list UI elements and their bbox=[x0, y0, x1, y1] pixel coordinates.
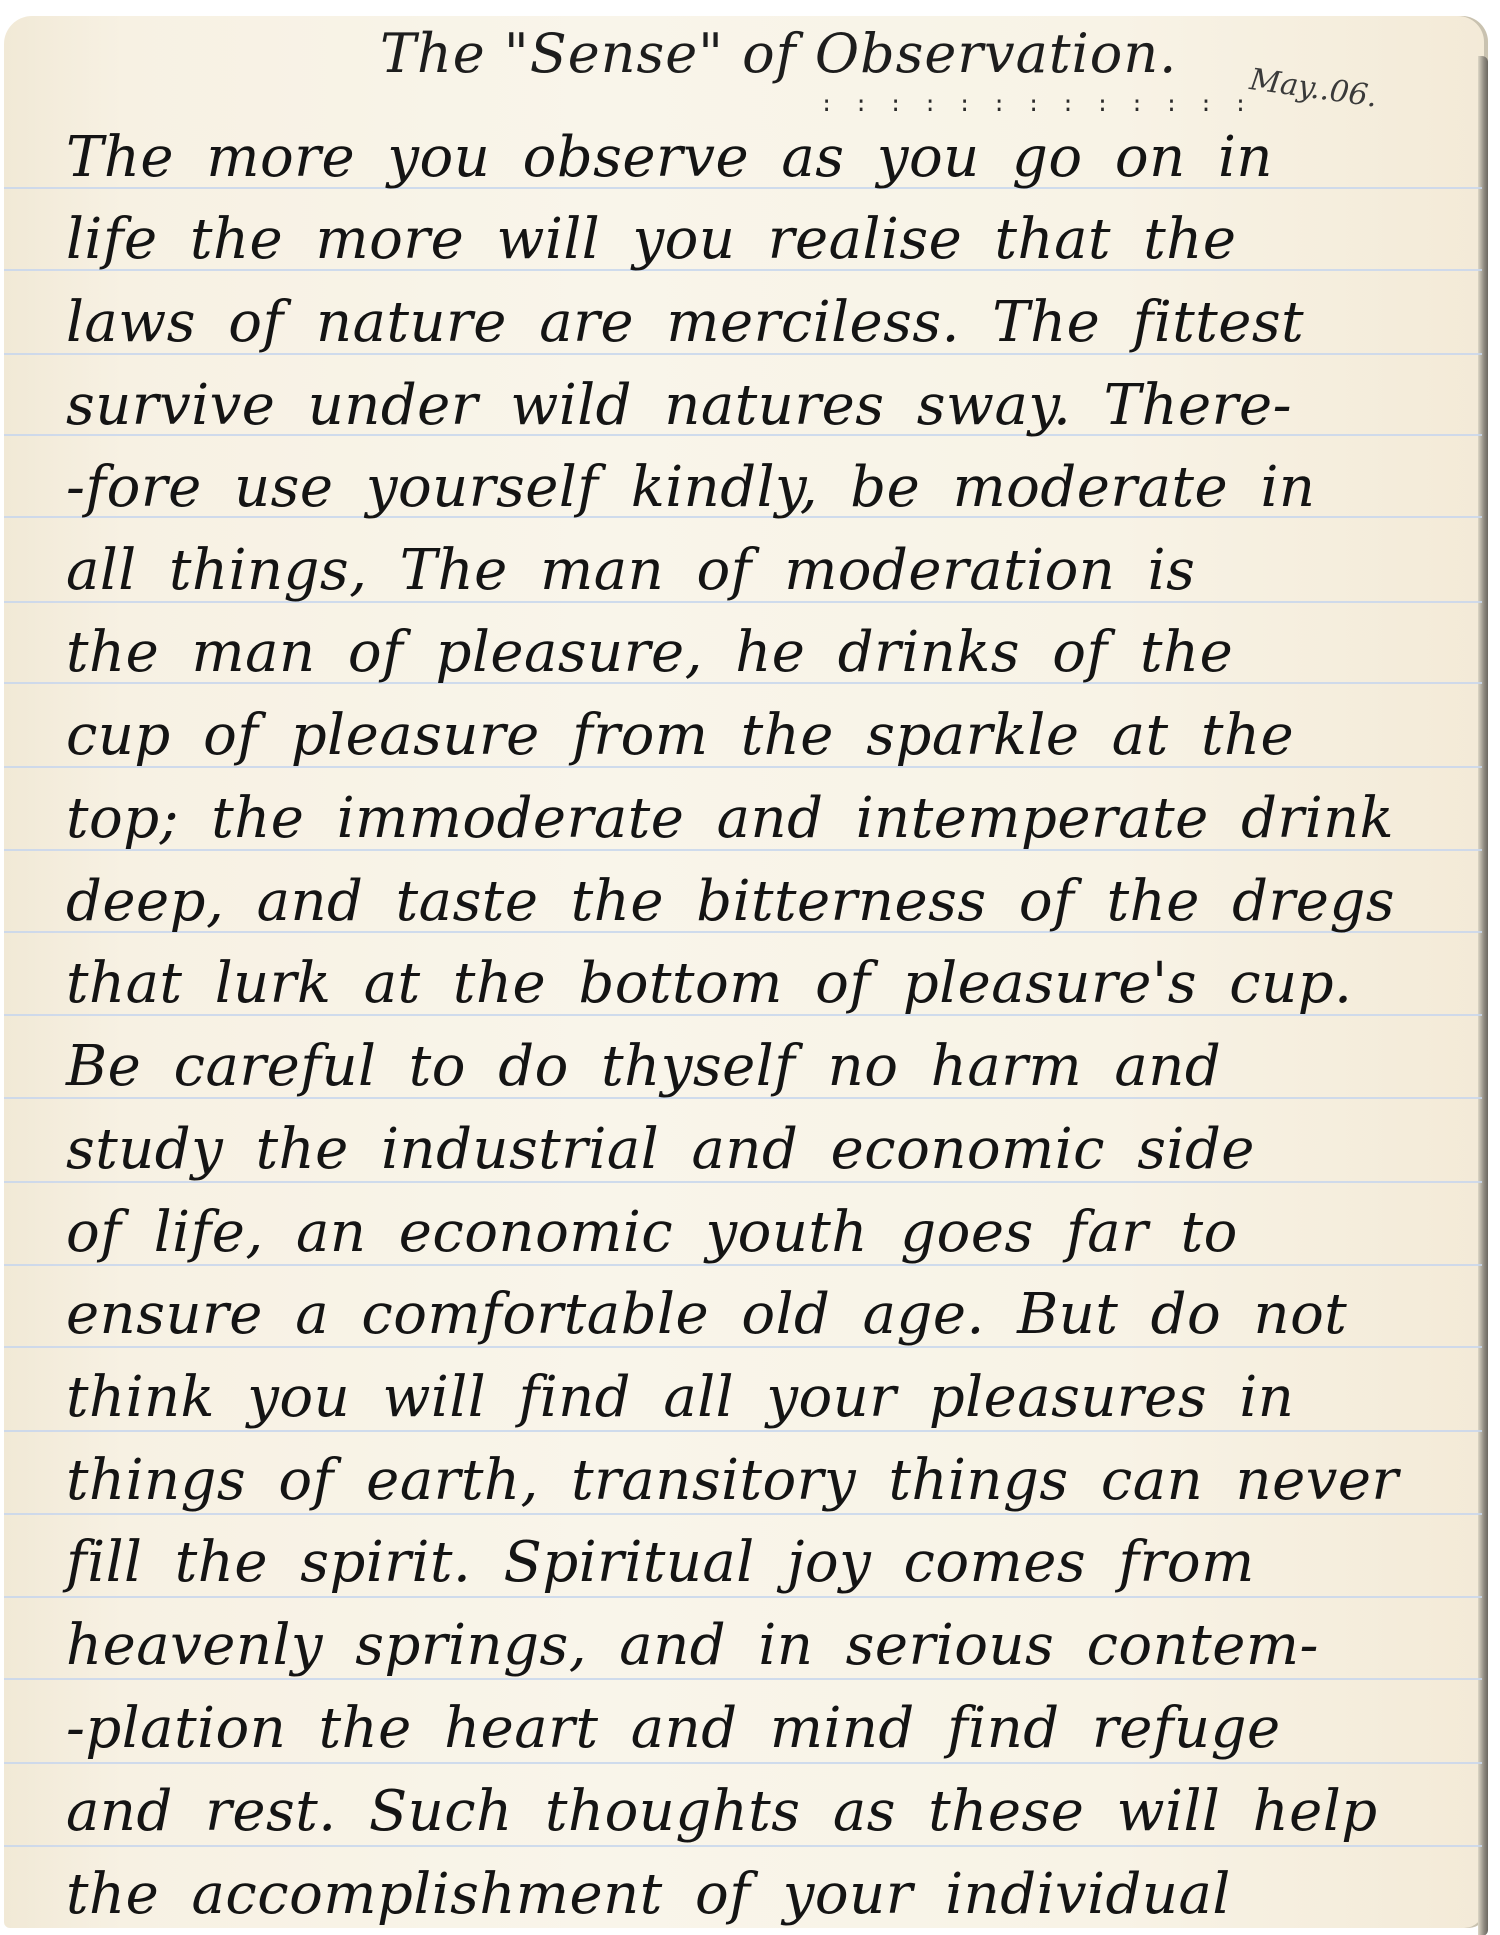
text-line: of life, an economic youth goes far to bbox=[66, 1203, 1446, 1263]
text-line: life the more will you realise that the bbox=[66, 210, 1446, 270]
text-line: -plation the heart and mind find refuge bbox=[66, 1699, 1446, 1759]
text-line: ensure a comfortable old age. But do not bbox=[66, 1285, 1446, 1345]
ruled-line bbox=[4, 1762, 1482, 1764]
text-line: all things, The man of moderation is bbox=[66, 541, 1446, 601]
text-line: study the industrial and economic side bbox=[66, 1120, 1446, 1180]
text-line: The more you observe as you go on in bbox=[66, 128, 1446, 188]
ruled-line bbox=[4, 1596, 1482, 1598]
text-line: survive under wild natures sway. There- bbox=[66, 376, 1446, 436]
page-edge-shadow bbox=[1478, 56, 1488, 1935]
page-title: The "Sense" of Observation. bbox=[380, 22, 1177, 85]
text-line: Be careful to do thyself no harm and bbox=[66, 1037, 1446, 1097]
text-line: the man of pleasure, he drinks of the bbox=[66, 623, 1446, 683]
text-line: the accomplishment of your individual bbox=[66, 1865, 1446, 1925]
text-line: deep, and taste the bitterness of the dr… bbox=[66, 872, 1446, 932]
ruled-line bbox=[4, 1845, 1482, 1847]
title-ornament: : : : : : : : : : : : : : bbox=[820, 92, 1251, 117]
text-line: think you will find all your pleasures i… bbox=[66, 1368, 1446, 1428]
text-line: things of earth, transitory things can n… bbox=[66, 1451, 1446, 1511]
ruled-line bbox=[4, 1430, 1482, 1432]
text-line: laws of nature are merciless. The fittes… bbox=[66, 293, 1446, 353]
text-line: that lurk at the bottom of pleasure's cu… bbox=[66, 954, 1446, 1014]
text-line: top; the immoderate and intemperate drin… bbox=[66, 789, 1446, 849]
ruled-line bbox=[4, 1678, 1482, 1680]
text-line: -fore use yourself kindly, be moderate i… bbox=[66, 458, 1446, 518]
text-line: cup of pleasure from the sparkle at the bbox=[66, 706, 1446, 766]
text-line: heavenly springs, and in serious contem- bbox=[66, 1616, 1446, 1676]
text-line: and rest. Such thoughts as these will he… bbox=[66, 1782, 1446, 1842]
text-line: fill the spirit. Spiritual joy comes fro… bbox=[66, 1533, 1446, 1593]
ruled-line bbox=[4, 1513, 1482, 1515]
